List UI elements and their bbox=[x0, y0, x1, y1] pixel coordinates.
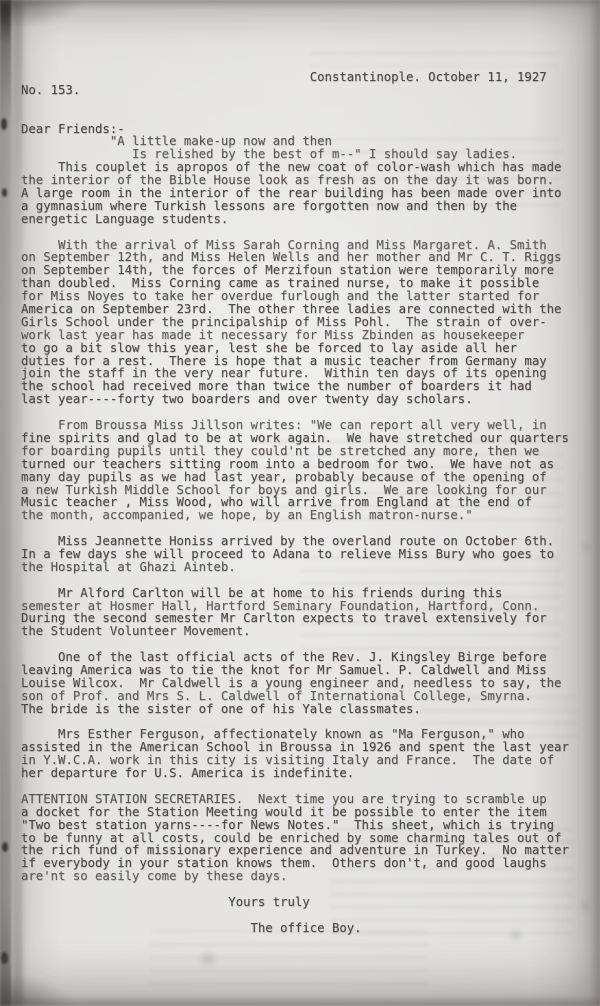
edge-speck bbox=[1, 118, 7, 130]
scan-corner-smudge-bottom-left bbox=[0, 974, 72, 1006]
scan-corner-smudge-top-left bbox=[0, 0, 84, 28]
letter-line: for boarding pupils until they could'nt … bbox=[21, 445, 569, 458]
scanned-letter-page: Constantinople. October 11, 1927No. 153.… bbox=[0, 0, 600, 1006]
letter-line bbox=[21, 110, 569, 123]
letter-line: on September 14th, the forces of Merzifo… bbox=[21, 264, 569, 277]
letter-line: the interior of the Bible House look as … bbox=[21, 174, 569, 187]
letter-line bbox=[21, 97, 569, 110]
letter-line: A large room in the interior of the rear… bbox=[21, 187, 569, 200]
letter-line: ATTENTION STATION SECRETARIES. Next time… bbox=[21, 793, 569, 806]
letter-line: son of Prof. and Mrs S. L. Caldwell of I… bbox=[21, 690, 569, 703]
letter-line: to be funny at all costs, could be enric… bbox=[21, 832, 569, 845]
letter-line: Louise Wilcox. Mr Caldwell is a young en… bbox=[21, 677, 569, 690]
letter-line: Mr Alford Carlton will be at home to his… bbox=[21, 587, 569, 600]
letter-line: In a few days she will proceed to Adana … bbox=[21, 548, 569, 561]
letter-line: a gymnasium where Turkish lessons are fo… bbox=[21, 200, 569, 213]
letter-line: the month, accompanied, we hope, by an E… bbox=[21, 509, 569, 522]
scan-edge-shadow-right bbox=[591, 0, 600, 1006]
letter-line: The office Boy. bbox=[21, 922, 569, 935]
letter-line: many day pupils as we had last year, pro… bbox=[21, 471, 569, 484]
letter-line: the Student Volunteer Movement. bbox=[21, 625, 569, 638]
letter-line bbox=[21, 522, 569, 535]
letter-line: energetic Language students. bbox=[21, 213, 569, 226]
letter-line: "Two best station yarns----for News Note… bbox=[21, 819, 569, 832]
letter-line: fine spirits and glad to be at work agai… bbox=[21, 432, 569, 445]
letter-line: are'nt so easily come by these days. bbox=[21, 870, 569, 883]
paper-crease-left bbox=[13, 0, 23, 1006]
scan-edge-shadow-left bbox=[0, 0, 11, 1006]
letter-line: No. 153. bbox=[21, 84, 569, 97]
letter-body: Constantinople. October 11, 1927No. 153.… bbox=[21, 71, 569, 935]
letter-line: a new Turkish Middle School for boys and… bbox=[21, 484, 569, 497]
paper-blot bbox=[198, 950, 218, 968]
letter-line: Mrs Esther Ferguson, affectionately know… bbox=[21, 728, 569, 741]
letter-line: join the staff in the very near future. … bbox=[21, 367, 569, 380]
scan-edge-shadow-top bbox=[0, 0, 600, 8]
letter-line: Constantinople. October 11, 1927 bbox=[21, 71, 569, 84]
scan-edge-shadow-bottom bbox=[0, 995, 600, 1006]
letter-line bbox=[21, 638, 569, 651]
letter-line: the Hospital at Ghazi Ainteb. bbox=[21, 561, 569, 574]
letter-line: Girls School under the principalship of … bbox=[21, 316, 569, 329]
edge-speck bbox=[2, 188, 7, 197]
edge-speck bbox=[1, 952, 8, 964]
letter-line bbox=[21, 909, 569, 922]
letter-line: for Miss Noyes to take her overdue furlo… bbox=[21, 290, 569, 303]
bleed-through-ghost-text bbox=[150, 930, 428, 988]
letter-line bbox=[21, 226, 569, 239]
letter-line: The bride is the sister of one of his Ya… bbox=[21, 703, 569, 716]
letter-line: semester at Hosmer Hall, Hartford Semina… bbox=[21, 600, 569, 613]
letter-line: leaving America was to tie the knot for … bbox=[21, 664, 569, 677]
letter-line bbox=[21, 780, 569, 793]
letter-line: in Y.W.C.A. work in this city is visitin… bbox=[21, 754, 569, 767]
letter-line: last year----forty two boarders and over… bbox=[21, 393, 569, 406]
bleed-through-ghost-text bbox=[308, 52, 560, 67]
edge-speck bbox=[2, 842, 8, 852]
letter-line: work last year has made it necessary for… bbox=[21, 329, 569, 342]
letter-line bbox=[21, 883, 569, 896]
letter-line: From Broussa Miss Jillson writes: "We ca… bbox=[21, 419, 569, 432]
letter-line: turned our teachers sitting room into a … bbox=[21, 458, 569, 471]
letter-line: Yours truly bbox=[21, 896, 569, 909]
letter-line: America on September 23rd. The other thr… bbox=[21, 303, 569, 316]
letter-line: her departure for U.S. America is indefi… bbox=[21, 767, 569, 780]
letter-line: a docket for the Station Meeting would i… bbox=[21, 806, 569, 819]
letter-line bbox=[21, 574, 569, 587]
letter-line: to go a bit slow this year, lest she be … bbox=[21, 342, 569, 355]
